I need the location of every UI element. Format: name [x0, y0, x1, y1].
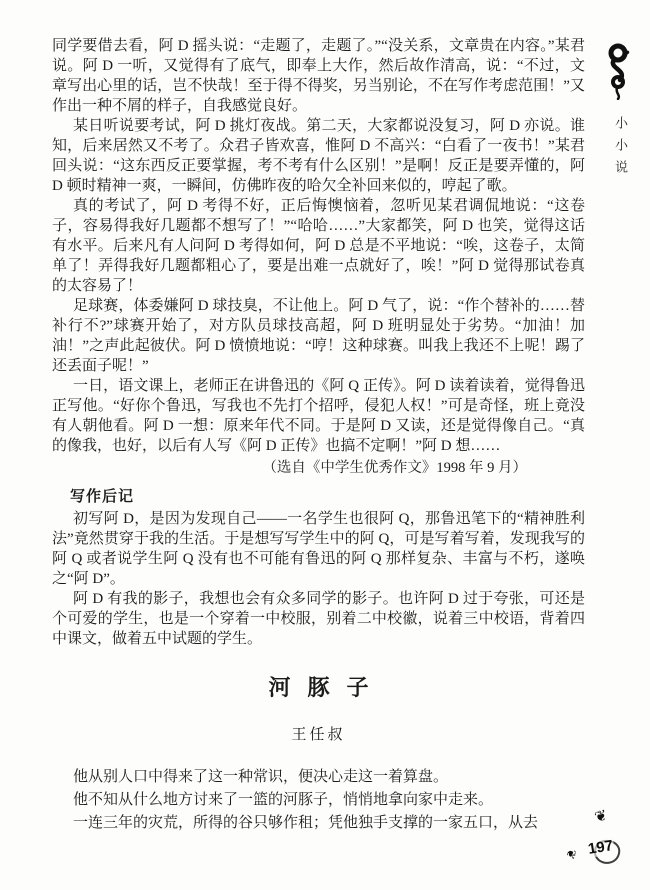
- story-paragraph: 足球赛，体委嫌阿 D 球技臭，不让他上。阿 D 气了，说：“作个替补的……替补行…: [52, 296, 585, 376]
- book-page: 同学要借去看，阿 D 摇头说：“走题了，走题了。”“没关系，文章贵在内容。”某君…: [0, 0, 650, 890]
- story-author: 王任叔: [52, 725, 585, 745]
- story-paragraph: 某日听说要考试，阿 D 挑灯夜战。第二天，大家都说没复习，阿 D 亦说。谁知，后…: [52, 116, 585, 196]
- story-paragraph: 他不知从什么地方讨来了一篮的河豚子，悄悄地拿向家中走来。: [52, 790, 585, 810]
- page-number-ornament: ❦ ❦ 197: [564, 816, 624, 866]
- text-block: 同学要借去看，阿 D 摇头说：“走题了，走题了。”“没关系，文章贵在内容。”某君…: [52, 36, 585, 836]
- story-title: 河豚子: [52, 675, 585, 701]
- story-paragraph: 一连三年的灾荒，所得的谷只够作租；凭他独手支撑的一家五口，从去: [52, 813, 585, 833]
- source-attribution: （选自《中学生优秀作文》1998 年 9 月）: [52, 458, 585, 478]
- postscript-heading: 写作后记: [52, 487, 585, 507]
- leaf-icon: ❦: [564, 847, 579, 861]
- story-paragraph: 一日，语文课上，老师正在讲鲁迅的《阿 Q 正传》。阿 D 读着读着，觉得鲁迅正写…: [52, 376, 585, 456]
- postscript-paragraph: 初写阿 D，是因为发现自己——一名学生也很阿 Q，那鲁迅笔下的“精神胜利法”竟然…: [52, 509, 585, 589]
- floral-vine-ornament-icon: [604, 42, 634, 100]
- leaf-icon: ❦: [594, 809, 610, 827]
- postscript-paragraph: 阿 D 有我的影子，我想也会有众多同学的影子。也许阿 D 过于夸张，可还是个可爱…: [52, 589, 585, 649]
- story-paragraph: 真的考试了，阿 D 考得不好，正后悔懊恼着，忽听见某君调侃地说：“这卷子，容易得…: [52, 196, 585, 296]
- story-paragraph: 同学要借去看，阿 D 摇头说：“走题了，走题了。”“没关系，文章贵在内容。”某君…: [52, 36, 585, 116]
- section-label-vertical: 小小说: [611, 116, 630, 182]
- story-paragraph: 他从别人口中得来了这一种常识，便决心走这一着算盘。: [52, 767, 585, 787]
